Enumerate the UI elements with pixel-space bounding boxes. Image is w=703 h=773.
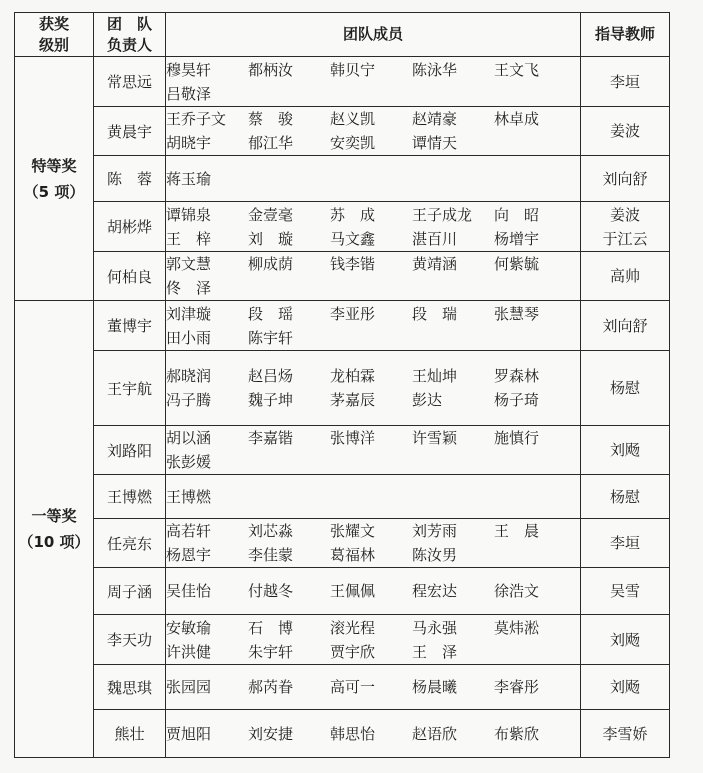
advisor-cell: 李垣 bbox=[581, 57, 670, 107]
team-leader-cell: 常思远 bbox=[94, 57, 166, 107]
member-name: 王灿坤 bbox=[412, 364, 494, 388]
member-name: 钱李锴 bbox=[330, 252, 412, 276]
member-name: 马文鑫 bbox=[330, 227, 412, 251]
members-line: 王 梓刘 璇马文鑫湛百川杨增宇 bbox=[166, 227, 580, 251]
members-line: 王博燃 bbox=[166, 485, 580, 509]
members-line: 田小雨陈宇轩 bbox=[166, 326, 580, 350]
members-line: 吕敬泽 bbox=[166, 82, 580, 106]
member-name: 龙柏霖 bbox=[330, 364, 412, 388]
header-award-level: 获奖 级别 bbox=[15, 13, 94, 57]
members-line: 安敏瑜石 博滚光程马永强莫炜淞 bbox=[166, 616, 580, 640]
team-leader-cell: 王博燃 bbox=[94, 475, 166, 519]
member-name: 穆昊轩 bbox=[166, 58, 248, 82]
header-team-members: 团队成员 bbox=[166, 13, 581, 57]
member-name: 安奕凯 bbox=[330, 131, 412, 155]
member-name: 李睿彤 bbox=[494, 675, 576, 699]
team-leader-cell: 陈 蓉 bbox=[94, 156, 166, 202]
advisor-name: 高帅 bbox=[581, 264, 669, 288]
member-name: 郭文慧 bbox=[166, 252, 248, 276]
member-name: 程宏达 bbox=[412, 579, 494, 603]
members-line: 胡晓宇郁江华安奕凯谭情天 bbox=[166, 131, 580, 155]
member-name: 佟 泽 bbox=[166, 276, 248, 300]
team-members-cell: 吴佳怡付越冬王佩佩程宏达徐浩文 bbox=[166, 568, 581, 615]
members-line: 冯子腾魏子坤茅嘉辰彭达杨子琦 bbox=[166, 388, 580, 412]
member-name: 蔡 骏 bbox=[248, 107, 330, 131]
member-name: 林卓成 bbox=[494, 107, 576, 131]
member-name: 张彭媛 bbox=[166, 450, 248, 474]
advisor-name: 吴雪 bbox=[581, 579, 669, 603]
members-line: 谭锦泉金壹毫苏 成王子成龙向 昭 bbox=[166, 203, 580, 227]
member-name: 郝芮眷 bbox=[248, 675, 330, 699]
member-name: 王文飞 bbox=[494, 58, 576, 82]
team-members-cell: 王乔子文蔡 骏赵义凯赵靖豪林卓成胡晓宇郁江华安奕凯谭情天 bbox=[166, 107, 581, 156]
members-line: 贾旭阳刘安捷韩思怡赵语欣布紫欣 bbox=[166, 722, 580, 746]
members-line: 王乔子文蔡 骏赵义凯赵靖豪林卓成 bbox=[166, 107, 580, 131]
members-line: 佟 泽 bbox=[166, 276, 580, 300]
table-row: 李天功安敏瑜石 博滚光程马永强莫炜淞许洪健朱宇轩贾宇欣王 泽刘飏 bbox=[15, 615, 670, 665]
members-line: 张园园郝芮眷高可一杨晨曦李睿彤 bbox=[166, 675, 580, 699]
members-line: 郝晓润赵吕炀龙柏霖王灿坤罗森林 bbox=[166, 364, 580, 388]
table-row: 特等奖（5 项）常思远穆昊轩都柄汝韩贝宁陈泳华王文飞吕敬泽李垣 bbox=[15, 57, 670, 107]
member-name: 谭情天 bbox=[412, 131, 494, 155]
team-members-cell: 谭锦泉金壹毫苏 成王子成龙向 昭王 梓刘 璇马文鑫湛百川杨增宇 bbox=[166, 202, 581, 252]
member-name: 陈汝男 bbox=[412, 543, 494, 567]
member-name: 田小雨 bbox=[166, 326, 248, 350]
header-team-leader: 团 队 负责人 bbox=[94, 13, 166, 57]
team-members-cell: 蒋玉瑜 bbox=[166, 156, 581, 202]
members-line: 张彭媛 bbox=[166, 450, 580, 474]
member-name: 韩贝宁 bbox=[330, 58, 412, 82]
team-leader-cell: 胡彬烨 bbox=[94, 202, 166, 252]
member-name: 张博洋 bbox=[330, 426, 412, 450]
advisor-name: 姜波 bbox=[581, 119, 669, 143]
member-name: 段 瑶 bbox=[248, 302, 330, 326]
member-name: 陈宇轩 bbox=[248, 326, 330, 350]
member-name: 湛百川 bbox=[412, 227, 494, 251]
member-name: 李嘉锴 bbox=[248, 426, 330, 450]
team-members-cell: 胡以涵李嘉锴张博洋许雪颖施慎行张彭媛 bbox=[166, 426, 581, 475]
team-leader-cell: 刘路阳 bbox=[94, 426, 166, 475]
member-name: 胡晓宇 bbox=[166, 131, 248, 155]
member-name: 刘津璇 bbox=[166, 302, 248, 326]
members-line: 高若轩刘芯淼张耀文刘芳雨王 晨 bbox=[166, 519, 580, 543]
advisor-cell: 李雪娇 bbox=[581, 710, 670, 758]
member-name: 高若轩 bbox=[166, 519, 248, 543]
award-level-count: （5 项） bbox=[15, 179, 93, 205]
team-leader-cell: 黄晨宇 bbox=[94, 107, 166, 156]
team-leader-cell: 魏思琪 bbox=[94, 665, 166, 710]
team-leader-cell: 李天功 bbox=[94, 615, 166, 665]
member-name: 王乔子文 bbox=[166, 107, 248, 131]
header-advisor: 指导教师 bbox=[581, 13, 670, 57]
member-name: 谭锦泉 bbox=[166, 203, 248, 227]
table-row: 魏思琪张园园郝芮眷高可一杨晨曦李睿彤刘飏 bbox=[15, 665, 670, 710]
advisor-name: 刘飏 bbox=[581, 438, 669, 462]
advisor-name: 刘向舒 bbox=[581, 167, 669, 191]
team-members-cell: 刘津璇段 瑶李亚彤段 瑞张慧琴田小雨陈宇轩 bbox=[166, 301, 581, 351]
members-line: 穆昊轩都柄汝韩贝宁陈泳华王文飞 bbox=[166, 58, 580, 82]
members-line: 吴佳怡付越冬王佩佩程宏达徐浩文 bbox=[166, 579, 580, 603]
member-name: 刘芳雨 bbox=[412, 519, 494, 543]
member-name: 郁江华 bbox=[248, 131, 330, 155]
member-name: 苏 成 bbox=[330, 203, 412, 227]
member-name: 吕敬泽 bbox=[166, 82, 248, 106]
team-members-cell: 张园园郝芮眷高可一杨晨曦李睿彤 bbox=[166, 665, 581, 710]
members-line: 许洪健朱宇轩贾宇欣王 泽 bbox=[166, 640, 580, 664]
header-row: 获奖 级别 团 队 负责人 团队成员 指导教师 bbox=[15, 13, 670, 57]
member-name: 王子成龙 bbox=[412, 203, 494, 227]
table-row: 任亮东高若轩刘芯淼张耀文刘芳雨王 晨杨恩宇李佳蒙葛福林陈汝男李垣 bbox=[15, 519, 670, 568]
team-leader-cell: 何柏良 bbox=[94, 252, 166, 301]
member-name: 韩思怡 bbox=[330, 722, 412, 746]
member-name: 许雪颖 bbox=[412, 426, 494, 450]
table-row: 黄晨宇王乔子文蔡 骏赵义凯赵靖豪林卓成胡晓宇郁江华安奕凯谭情天姜波 bbox=[15, 107, 670, 156]
award-level-cell: 一等奖（10 项） bbox=[15, 301, 94, 758]
award-level-name: 一等奖 bbox=[15, 503, 93, 529]
member-name: 马永强 bbox=[412, 616, 494, 640]
advisor-cell: 李垣 bbox=[581, 519, 670, 568]
award-level-count: （10 项） bbox=[15, 529, 93, 555]
member-name: 朱宇轩 bbox=[248, 640, 330, 664]
table-row: 何柏良郭文慧柳成荫钱李锴黄靖涵何紫毓佟 泽高帅 bbox=[15, 252, 670, 301]
table-row: 刘路阳胡以涵李嘉锴张博洋许雪颖施慎行张彭媛刘飏 bbox=[15, 426, 670, 475]
member-name: 彭达 bbox=[412, 388, 494, 412]
advisor-cell: 高帅 bbox=[581, 252, 670, 301]
member-name: 张耀文 bbox=[330, 519, 412, 543]
advisor-name: 杨慰 bbox=[581, 485, 669, 509]
table-row: 陈 蓉蒋玉瑜刘向舒 bbox=[15, 156, 670, 202]
header-team-leader-line1: 团 队 bbox=[94, 14, 165, 35]
advisor-cell: 杨慰 bbox=[581, 351, 670, 426]
member-name: 赵吕炀 bbox=[248, 364, 330, 388]
team-members-cell: 郝晓润赵吕炀龙柏霖王灿坤罗森林冯子腾魏子坤茅嘉辰彭达杨子琦 bbox=[166, 351, 581, 426]
table-row: 熊壮贾旭阳刘安捷韩思怡赵语欣布紫欣李雪娇 bbox=[15, 710, 670, 758]
member-name: 王 梓 bbox=[166, 227, 248, 251]
member-name: 施慎行 bbox=[494, 426, 576, 450]
advisor-cell: 吴雪 bbox=[581, 568, 670, 615]
advisor-name: 刘飏 bbox=[581, 628, 669, 652]
member-name: 蒋玉瑜 bbox=[166, 167, 248, 191]
member-name: 布紫欣 bbox=[494, 722, 576, 746]
table-row: 一等奖（10 项）董博宇刘津璇段 瑶李亚彤段 瑞张慧琴田小雨陈宇轩刘向舒 bbox=[15, 301, 670, 351]
team-leader-cell: 任亮东 bbox=[94, 519, 166, 568]
table-row: 胡彬烨谭锦泉金壹毫苏 成王子成龙向 昭王 梓刘 璇马文鑫湛百川杨增宇姜波于江云 bbox=[15, 202, 670, 252]
advisor-cell: 杨慰 bbox=[581, 475, 670, 519]
member-name: 赵语欣 bbox=[412, 722, 494, 746]
table-body: 特等奖（5 项）常思远穆昊轩都柄汝韩贝宁陈泳华王文飞吕敬泽李垣黄晨宇王乔子文蔡 … bbox=[15, 57, 670, 758]
member-name: 杨恩宇 bbox=[166, 543, 248, 567]
member-name: 王博燃 bbox=[166, 485, 248, 509]
member-name: 陈泳华 bbox=[412, 58, 494, 82]
header-award-level-line1: 获奖 bbox=[15, 14, 93, 35]
member-name: 赵义凯 bbox=[330, 107, 412, 131]
table-row: 王宇航郝晓润赵吕炀龙柏霖王灿坤罗森林冯子腾魏子坤茅嘉辰彭达杨子琦杨慰 bbox=[15, 351, 670, 426]
member-name: 王 泽 bbox=[412, 640, 494, 664]
advisor-name: 杨慰 bbox=[581, 376, 669, 400]
team-leader-cell: 董博宇 bbox=[94, 301, 166, 351]
member-name: 冯子腾 bbox=[166, 388, 248, 412]
award-level-name: 特等奖 bbox=[15, 153, 93, 179]
advisor-cell: 刘飏 bbox=[581, 665, 670, 710]
header-award-level-line2: 级别 bbox=[15, 35, 93, 56]
advisor-cell: 刘飏 bbox=[581, 615, 670, 665]
member-name: 杨增宇 bbox=[494, 227, 576, 251]
member-name: 何紫毓 bbox=[494, 252, 576, 276]
team-members-cell: 穆昊轩都柄汝韩贝宁陈泳华王文飞吕敬泽 bbox=[166, 57, 581, 107]
advisor-cell: 刘飏 bbox=[581, 426, 670, 475]
member-name: 向 昭 bbox=[494, 203, 576, 227]
member-name: 罗森林 bbox=[494, 364, 576, 388]
team-leader-cell: 周子涵 bbox=[94, 568, 166, 615]
member-name: 魏子坤 bbox=[248, 388, 330, 412]
member-name: 贾宇欣 bbox=[330, 640, 412, 664]
member-name: 贾旭阳 bbox=[166, 722, 248, 746]
member-name: 段 瑞 bbox=[412, 302, 494, 326]
member-name: 李佳蒙 bbox=[248, 543, 330, 567]
advisor-cell: 刘向舒 bbox=[581, 301, 670, 351]
member-name: 吴佳怡 bbox=[166, 579, 248, 603]
member-name: 张慧琴 bbox=[494, 302, 576, 326]
member-name: 徐浩文 bbox=[494, 579, 576, 603]
advisor-name: 刘飏 bbox=[581, 675, 669, 699]
award-level-cell: 特等奖（5 项） bbox=[15, 57, 94, 301]
members-line: 杨恩宇李佳蒙葛福林陈汝男 bbox=[166, 543, 580, 567]
members-line: 胡以涵李嘉锴张博洋许雪颖施慎行 bbox=[166, 426, 580, 450]
members-line: 蒋玉瑜 bbox=[166, 167, 580, 191]
member-name: 杨子琦 bbox=[494, 388, 576, 412]
award-table: 获奖 级别 团 队 负责人 团队成员 指导教师 特等奖（5 项）常思远穆昊轩都柄… bbox=[14, 12, 670, 758]
member-name: 赵靖豪 bbox=[412, 107, 494, 131]
advisor-name: 姜波 bbox=[581, 203, 669, 227]
member-name: 李亚彤 bbox=[330, 302, 412, 326]
team-members-cell: 高若轩刘芯淼张耀文刘芳雨王 晨杨恩宇李佳蒙葛福林陈汝男 bbox=[166, 519, 581, 568]
team-members-cell: 贾旭阳刘安捷韩思怡赵语欣布紫欣 bbox=[166, 710, 581, 758]
team-members-cell: 安敏瑜石 博滚光程马永强莫炜淞许洪健朱宇轩贾宇欣王 泽 bbox=[166, 615, 581, 665]
member-name: 安敏瑜 bbox=[166, 616, 248, 640]
advisor-cell: 姜波 bbox=[581, 107, 670, 156]
member-name: 付越冬 bbox=[248, 579, 330, 603]
team-leader-cell: 王宇航 bbox=[94, 351, 166, 426]
team-leader-cell: 熊壮 bbox=[94, 710, 166, 758]
header-team-leader-line2: 负责人 bbox=[94, 35, 165, 56]
team-members-cell: 郭文慧柳成荫钱李锴黄靖涵何紫毓佟 泽 bbox=[166, 252, 581, 301]
member-name: 王佩佩 bbox=[330, 579, 412, 603]
table-row: 周子涵吴佳怡付越冬王佩佩程宏达徐浩文吴雪 bbox=[15, 568, 670, 615]
member-name: 张园园 bbox=[166, 675, 248, 699]
members-line: 郭文慧柳成荫钱李锴黄靖涵何紫毓 bbox=[166, 252, 580, 276]
member-name: 刘安捷 bbox=[248, 722, 330, 746]
advisor-name: 李垣 bbox=[581, 70, 669, 94]
member-name: 金壹毫 bbox=[248, 203, 330, 227]
advisor-name: 刘向舒 bbox=[581, 314, 669, 338]
member-name: 许洪健 bbox=[166, 640, 248, 664]
advisor-name: 于江云 bbox=[581, 227, 669, 251]
advisor-name: 李垣 bbox=[581, 531, 669, 555]
member-name: 茅嘉辰 bbox=[330, 388, 412, 412]
member-name: 郝晓润 bbox=[166, 364, 248, 388]
member-name: 胡以涵 bbox=[166, 426, 248, 450]
team-members-cell: 王博燃 bbox=[166, 475, 581, 519]
member-name: 王 晨 bbox=[494, 519, 576, 543]
advisor-cell: 姜波于江云 bbox=[581, 202, 670, 252]
member-name: 黄靖涵 bbox=[412, 252, 494, 276]
member-name: 刘芯淼 bbox=[248, 519, 330, 543]
member-name: 杨晨曦 bbox=[412, 675, 494, 699]
member-name: 刘 璇 bbox=[248, 227, 330, 251]
advisor-cell: 刘向舒 bbox=[581, 156, 670, 202]
member-name: 石 博 bbox=[248, 616, 330, 640]
member-name: 莫炜淞 bbox=[494, 616, 576, 640]
members-line: 刘津璇段 瑶李亚彤段 瑞张慧琴 bbox=[166, 302, 580, 326]
member-name: 滚光程 bbox=[330, 616, 412, 640]
member-name: 葛福林 bbox=[330, 543, 412, 567]
table-row: 王博燃王博燃杨慰 bbox=[15, 475, 670, 519]
member-name: 柳成荫 bbox=[248, 252, 330, 276]
member-name: 都柄汝 bbox=[248, 58, 330, 82]
member-name: 高可一 bbox=[330, 675, 412, 699]
advisor-name: 李雪娇 bbox=[581, 722, 669, 746]
